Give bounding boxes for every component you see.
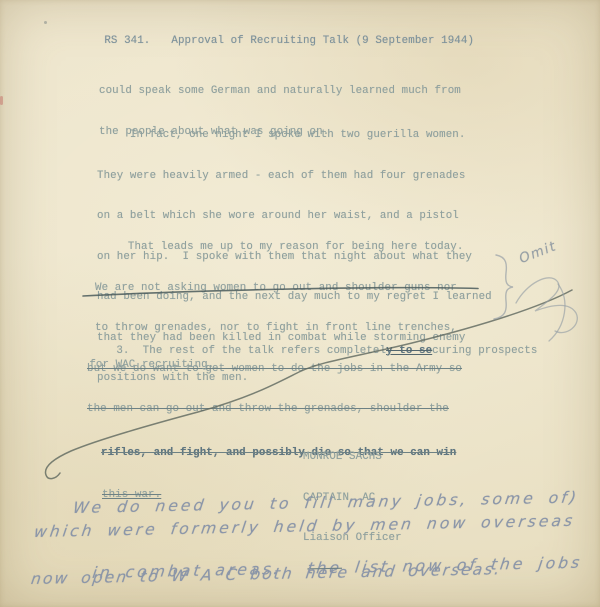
item-text: for WAC recruiting. (89, 359, 214, 371)
margin-brace (494, 255, 513, 319)
struck-typed-line: the men can go out and throw the grenade… (87, 403, 463, 417)
paper-stain-speck (0, 96, 3, 105)
memo-title: Approval of Recruiting Talk (9 September… (171, 35, 474, 47)
typed-line: could speak some German and naturally le… (99, 85, 461, 99)
item-3-line-2: for WAC recruiting. (63, 345, 214, 386)
typed-line: They were heavily armed - each of them h… (97, 170, 492, 184)
item-text-end: curing prospects (432, 345, 537, 357)
typed-line: That leads me up to my reason for being … (95, 241, 463, 255)
initials-flourish-tail (549, 284, 565, 341)
typed-line: We are not asking women to go out and sh… (95, 282, 463, 296)
memo-ref-number: RS 341. (104, 35, 150, 47)
scanned-memo-page: RS 341.Approval of Recruiting Talk (9 Se… (0, 0, 600, 607)
typed-line: In fact, one night I spoke with two guer… (97, 129, 492, 143)
signature-name: MONROE SACHS (303, 451, 402, 465)
paper-dust-speck (44, 21, 47, 24)
initials-flourish (516, 278, 577, 333)
struck-typed-line-retyped: rifles, and fight, and possibly die so t… (101, 447, 463, 461)
margin-omit-note: Omit (517, 238, 559, 267)
item-text-retyped: y to se (386, 345, 432, 357)
memo-header: RS 341.Approval of Recruiting Talk (9 Se… (78, 21, 474, 62)
